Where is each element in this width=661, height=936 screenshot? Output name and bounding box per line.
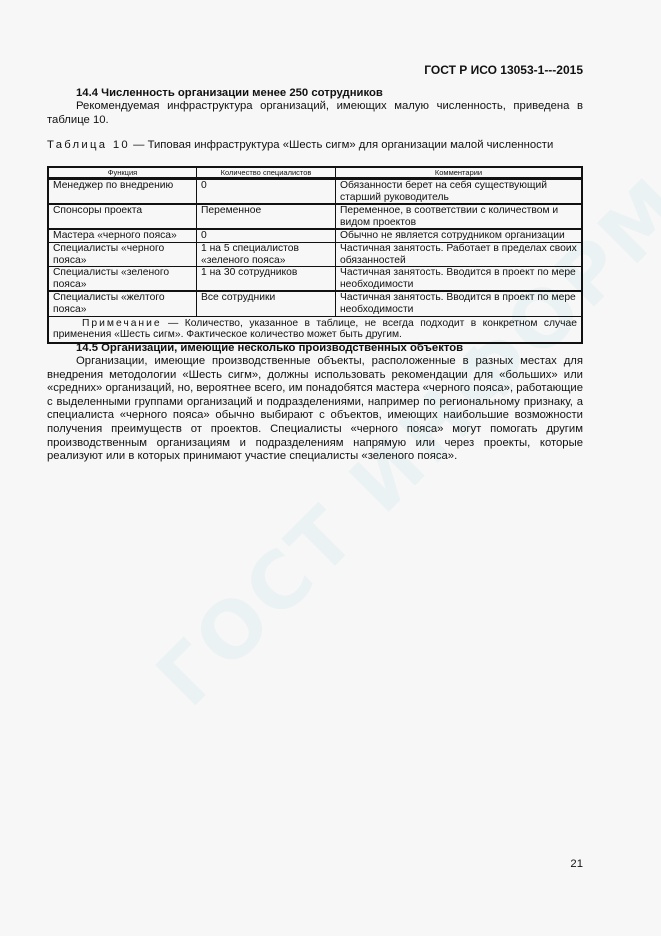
cell-comment: Частичная занятость. Работает в пределах… [336,242,583,266]
table-row: Специалисты «желтого пояса» Все сотрудни… [48,291,582,316]
cell-count: 1 на 30 сотрудников [197,267,336,292]
table-caption-text: — Типовая инфраструктура «Шесть сигм» дл… [130,139,553,151]
cell-function: Спонсоры проекта [48,204,197,229]
cell-comment: Обязанности берет на себя существующий с… [336,179,583,205]
table-10: Функция Количество специалистов Коммента… [47,166,583,344]
cell-function: Мастера «черного пояса» [48,229,197,242]
column-header-comments: Комментарии [336,167,583,179]
table-row: Специалисты «черного пояса» 1 на 5 специ… [48,242,582,266]
cell-count: 1 на 5 специалистов «зеленого пояса» [197,242,336,266]
standard-code-header: ГОСТ Р ИСО 13053-1---2015 [300,63,583,77]
cell-comment: Переменное, в соответствии с количеством… [336,204,583,229]
section-14-4-title: 14.4 Численность организации менее 250 с… [76,87,383,99]
cell-count: 0 [197,229,336,242]
table-row: Специалисты «зеленого пояса» 1 на 30 сот… [48,267,582,292]
cell-comment: Обычно не является сотрудником организац… [336,229,583,242]
cell-count: Переменное [197,204,336,229]
page-number: 21 [560,858,583,870]
column-header-function: Функция [48,167,197,179]
cell-comment: Частичная занятость. Вводится в проект п… [336,267,583,292]
table-row: Спонсоры проекта Переменное Переменное, … [48,204,582,229]
cell-function: Специалисты «черного пояса» [48,242,197,266]
section-14-4-paragraph: Рекомендуемая инфраструктура организаций… [47,100,583,127]
cell-function: Специалисты «зеленого пояса» [48,267,197,292]
table-note: Примечание — Количество, указанное в таб… [48,316,582,343]
table-caption: Таблица 10 — Типовая инфраструктура «Шес… [47,139,553,151]
column-header-count: Количество специалистов [197,167,336,179]
table-header-row: Функция Количество специалистов Коммента… [48,167,582,179]
cell-count: Все сотрудники [197,291,336,316]
cell-function: Специалисты «желтого пояса» [48,291,197,316]
cell-function: Менеджер по внедрению [48,179,197,205]
table-caption-label: Таблица 10 [47,139,130,151]
table-row: Менеджер по внедрению 0 Обязанности бере… [48,179,582,205]
document-page: ГОСТ ИНФОРМ ГОСТ Р ИСО 13053-1---2015 14… [0,0,661,936]
cell-count: 0 [197,179,336,205]
note-label: Примечание [82,318,162,329]
section-14-5-paragraph: Организации, имеющие производственные об… [47,355,583,464]
section-14-5-title: 14.5 Организации, имеющие несколько прои… [76,342,463,354]
table-note-row: Примечание — Количество, указанное в таб… [48,316,582,343]
cell-comment: Частичная занятость. Вводится в проект п… [336,291,583,316]
table-row: Мастера «черного пояса» 0 Обычно не явля… [48,229,582,242]
